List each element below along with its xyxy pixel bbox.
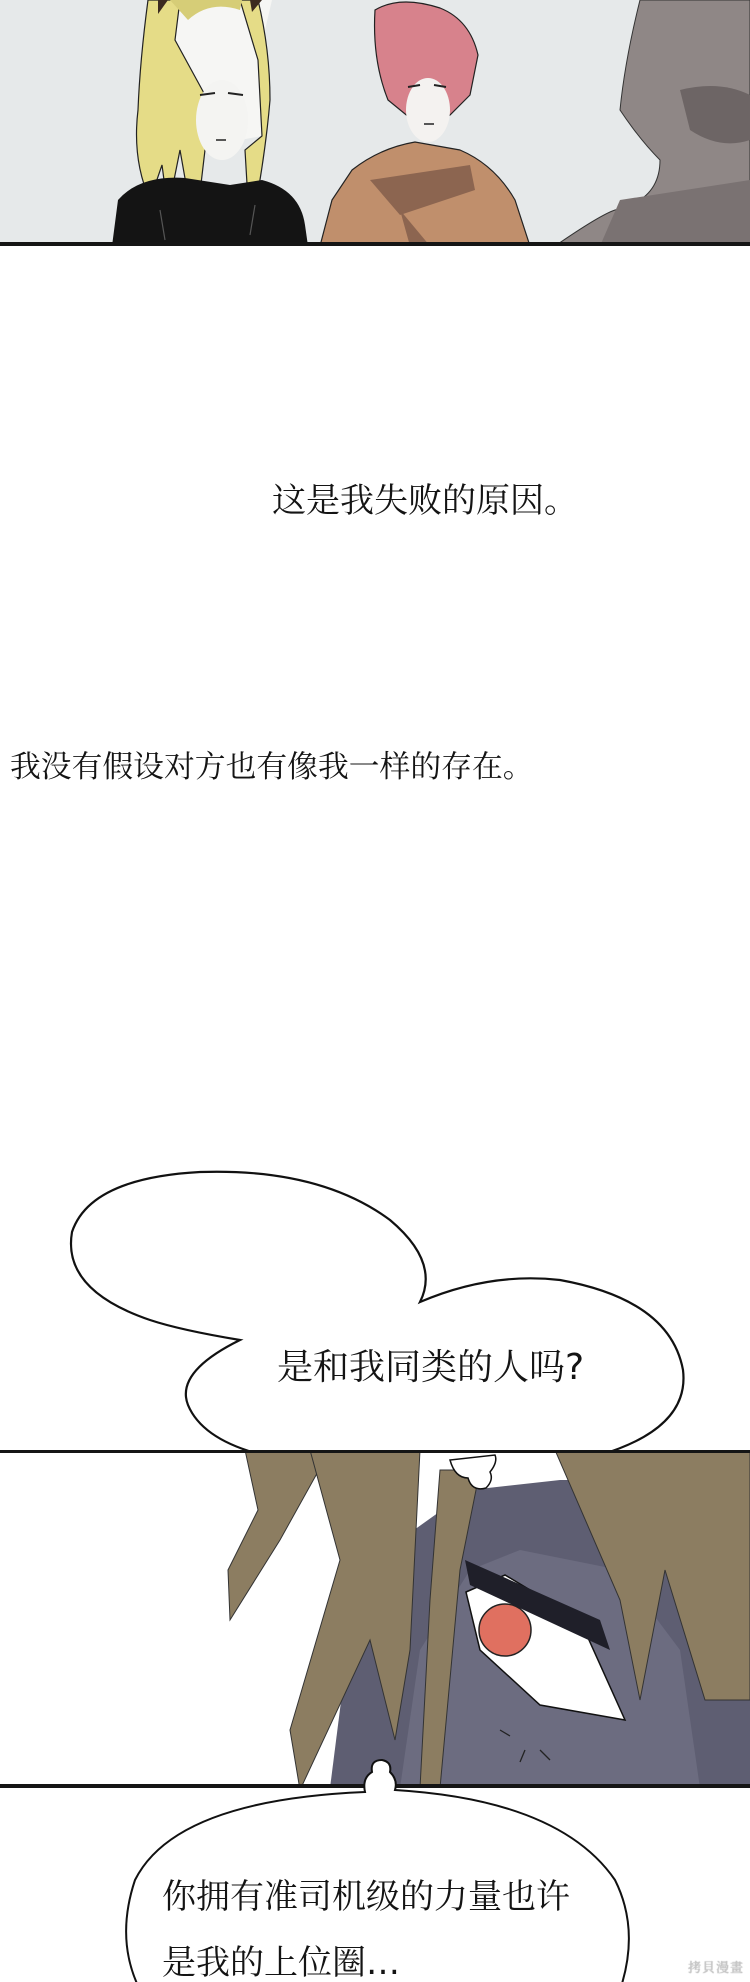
speech-bubble-2-line-1: 你拥有准司机级的力量也许	[162, 1880, 570, 1914]
watermark: 拷貝漫畫	[688, 1957, 744, 1976]
panel-1-illustration	[0, 0, 750, 246]
comic-panel-1	[0, 0, 750, 246]
speech-bubble-2-line-2: 是我的上位圈…	[162, 1946, 400, 1980]
bubble-1-outline	[71, 1172, 684, 1468]
speech-bubble-1-line-1: 是和我同类的人吗?	[277, 1350, 584, 1386]
narration-caption-1: 这是我失败的原因。	[272, 484, 578, 518]
comic-panel-2	[0, 1450, 750, 1788]
panel-2-illustration	[0, 1450, 750, 1788]
narration-caption-2: 我没有假设对方也有像我一样的存在。	[10, 752, 534, 783]
